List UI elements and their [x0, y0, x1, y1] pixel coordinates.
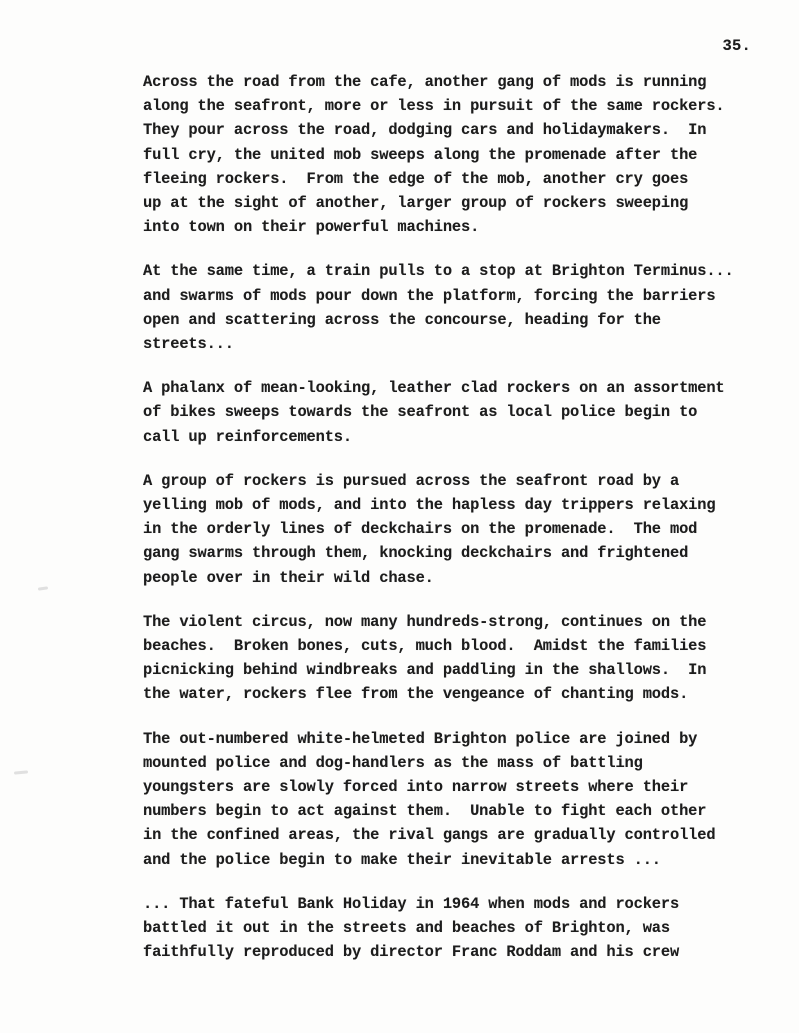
margin-smudge [14, 770, 28, 774]
paragraph: A phalanx of mean-looking, leather clad … [143, 376, 783, 449]
paragraph: A group of rockers is pursued across the… [143, 469, 783, 590]
paragraph: The violent circus, now many hundreds-st… [143, 610, 783, 707]
paragraph: ... That fateful Bank Holiday in 1964 wh… [143, 892, 783, 965]
paragraph: Across the road from the cafe, another g… [143, 70, 783, 239]
margin-smudge [38, 586, 48, 590]
paragraph: At the same time, a train pulls to a sto… [143, 259, 783, 356]
document-page: 35. Across the road from the cafe, anoth… [0, 0, 799, 1033]
paragraph: The out-numbered white-helmeted Brighton… [143, 727, 783, 872]
document-body: Across the road from the cafe, another g… [143, 70, 783, 985]
page-number: 35. [722, 37, 751, 55]
